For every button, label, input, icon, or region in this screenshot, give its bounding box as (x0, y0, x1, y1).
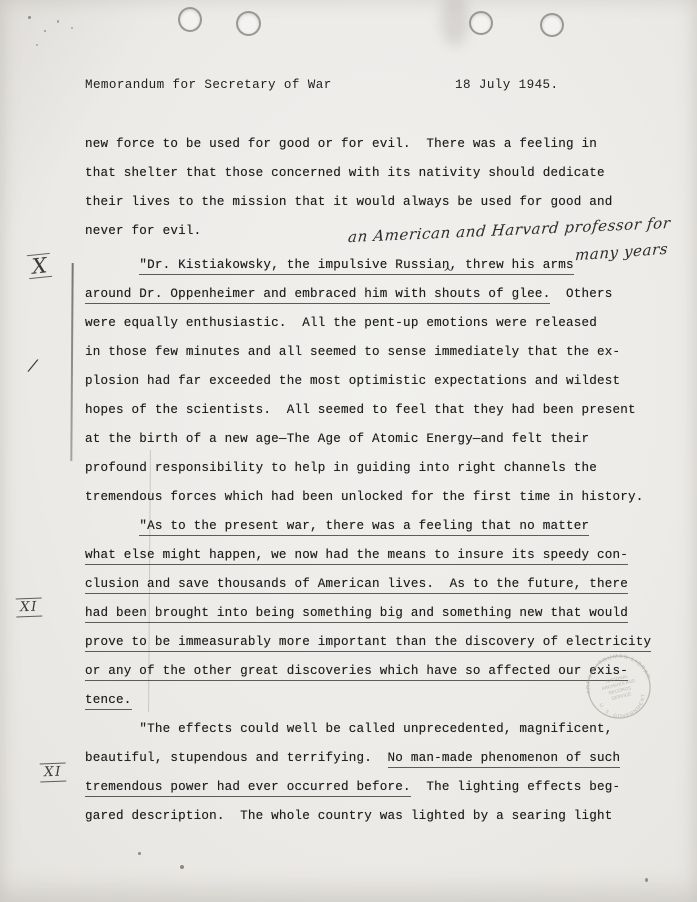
underlined-text: No man-made phenomenon of such (388, 751, 621, 768)
underlined-text: tence. (85, 693, 132, 710)
paper-speck (138, 852, 141, 855)
typed-text (85, 519, 139, 533)
insertion-caret: ^ (443, 266, 453, 279)
paper-smudge (441, 0, 469, 46)
underlined-text: clusion and save thousands of American l… (85, 577, 628, 594)
underlined-text: had been brought into being something bi… (85, 606, 628, 623)
typed-text: tremendous forces which had been unlocke… (85, 490, 644, 504)
typed-line: what else might happen, we now had the m… (85, 541, 685, 570)
underlined-text: what else might happen, we now had the m… (85, 548, 628, 565)
typed-line: "As to the present war, there was a feel… (85, 512, 685, 541)
typed-text: that shelter that those concerned with i… (85, 166, 605, 180)
typed-line: at the birth of a new age—The Age of Ato… (85, 425, 685, 454)
paper-speck (44, 30, 46, 32)
typed-line: in those few minutes and all seemed to s… (85, 338, 685, 367)
punch-hole (236, 11, 261, 36)
typed-text: The lighting effects beg- (411, 780, 620, 794)
margin-mark-x: X (27, 253, 52, 279)
underlined-text: tremendous power had ever occurred befor… (85, 780, 411, 797)
typed-line: clusion and save thousands of American l… (85, 570, 685, 599)
typed-line: were equally enthusiastic. All the pent-… (85, 309, 685, 338)
margin-pencil-line (70, 263, 73, 461)
typed-line: profound responsibility to help in guidi… (85, 454, 685, 483)
memo-date: 18 July 1945. (455, 78, 558, 92)
paper-speck (180, 865, 184, 869)
punch-hole (178, 7, 202, 32)
typed-line: tremendous power had ever occurred befor… (85, 773, 685, 802)
paper-speck (36, 44, 38, 46)
punch-hole (469, 11, 493, 35)
typed-line: their lives to the mission that it would… (85, 188, 685, 217)
typed-line: tremendous forces which had been unlocke… (85, 483, 685, 512)
typed-line: hopes of the scientists. All seemed to f… (85, 396, 685, 425)
typed-text (85, 258, 139, 272)
typed-text: never for evil. (85, 224, 201, 238)
typed-text: gared description. The whole country was… (85, 809, 613, 823)
punch-hole (540, 13, 564, 37)
typed-text: Others (550, 287, 612, 301)
typed-text: plosion had far exceeded the most optimi… (85, 374, 620, 388)
margin-mark-/: / (28, 356, 38, 377)
typed-text: in those few minutes and all seemed to s… (85, 345, 620, 359)
underlined-text: "Dr. Kistiakowsky, the impulsive Russian… (139, 258, 573, 275)
typed-text: their lives to the mission that it would… (85, 195, 613, 209)
paper-speck (28, 16, 31, 19)
paragraph: "Dr. Kistiakowsky, the impulsive Russian… (85, 251, 685, 512)
paper-speck (57, 20, 59, 23)
typed-text: new force to be used for good or for evi… (85, 137, 597, 151)
typed-line: new force to be used for good or for evi… (85, 130, 685, 159)
paper-speck (71, 27, 73, 29)
typed-text: beautiful, stupendous and terrifying. (85, 751, 388, 765)
typed-line: plosion had far exceeded the most optimi… (85, 367, 685, 396)
typed-line: that shelter that those concerned with i… (85, 159, 685, 188)
typed-line: beautiful, stupendous and terrifying. No… (85, 744, 685, 773)
typed-text: "The effects could well be called unprec… (139, 722, 612, 736)
margin-mark-xi: XI (16, 598, 43, 618)
underlined-text: prove to be immeasurably more important … (85, 635, 651, 652)
underlined-text: "As to the present war, there was a feel… (139, 519, 589, 536)
memo-title: Memorandum for Secretary of War (85, 78, 332, 92)
document-page: Memorandum for Secretary of War 18 July … (0, 0, 697, 902)
typed-text: at the birth of a new age—The Age of Ato… (85, 432, 589, 446)
typed-text: hopes of the scientists. All seemed to f… (85, 403, 636, 417)
typed-text (85, 722, 139, 736)
typed-line: around Dr. Oppenheimer and embraced him … (85, 280, 685, 309)
paper-speck (645, 878, 648, 882)
typed-line: gared description. The whole country was… (85, 802, 685, 831)
underlined-text: around Dr. Oppenheimer and embraced him … (85, 287, 550, 304)
typed-line: had been brought into being something bi… (85, 599, 685, 628)
typed-text: profound responsibility to help in guidi… (85, 461, 597, 475)
underlined-text: or any of the other great discoveries wh… (85, 664, 628, 681)
typed-text: were equally enthusiastic. All the pent-… (85, 316, 597, 330)
margin-mark-xi: XI (40, 763, 67, 783)
